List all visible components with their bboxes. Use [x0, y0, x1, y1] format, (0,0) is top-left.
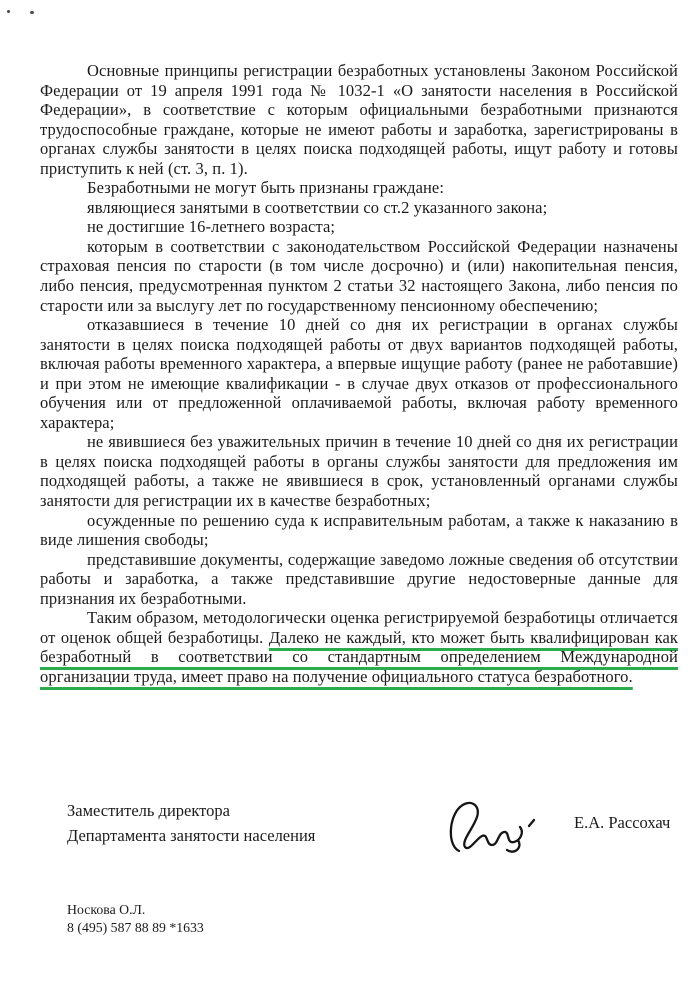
paragraph-failed-to-appear: не явившиеся без уважительных причин в т…	[40, 432, 678, 510]
handwritten-signature-icon	[443, 797, 543, 861]
scan-speck	[7, 10, 10, 13]
paragraph-cannot-be-recognized: Безработными не могут быть признаны граж…	[40, 178, 678, 198]
contact-name: Носкова О.Л.	[67, 901, 204, 919]
scan-speck	[30, 11, 34, 14]
paragraph-employed: являющиеся занятыми в соответствии со ст…	[40, 198, 678, 218]
paragraph-pension: которым в соответствии с законодательств…	[40, 237, 678, 315]
signer-name: Е.А. Рассохач	[574, 813, 670, 833]
executor-contact-block: Носкова О.Л. 8 (495) 587 88 89 *1633	[67, 901, 204, 936]
paragraph-refused-offers: отказавшиеся в течение 10 дней со дня их…	[40, 315, 678, 432]
contact-phone: 8 (495) 587 88 89 *1633	[67, 919, 204, 937]
document-page: Основные принципы регистрации безработны…	[0, 0, 700, 989]
paragraph-conclusion: Таким образом, методологически оценка ре…	[40, 608, 678, 686]
letter-body: Основные принципы регистрации безработны…	[40, 61, 678, 687]
paragraph-principles: Основные принципы регистрации безработны…	[40, 61, 678, 178]
signer-title-line2: Департамента занятости населения	[67, 824, 315, 849]
paragraph-convicted: осужденные по решению суда к исправитель…	[40, 511, 678, 550]
paragraph-under-16: не достигшие 16-летнего возраста;	[40, 217, 678, 237]
signer-title-block: Заместитель директора Департамента занят…	[67, 799, 315, 848]
paragraph-false-documents: представившие документы, содержащие заве…	[40, 550, 678, 609]
signer-title-line1: Заместитель директора	[67, 799, 315, 824]
